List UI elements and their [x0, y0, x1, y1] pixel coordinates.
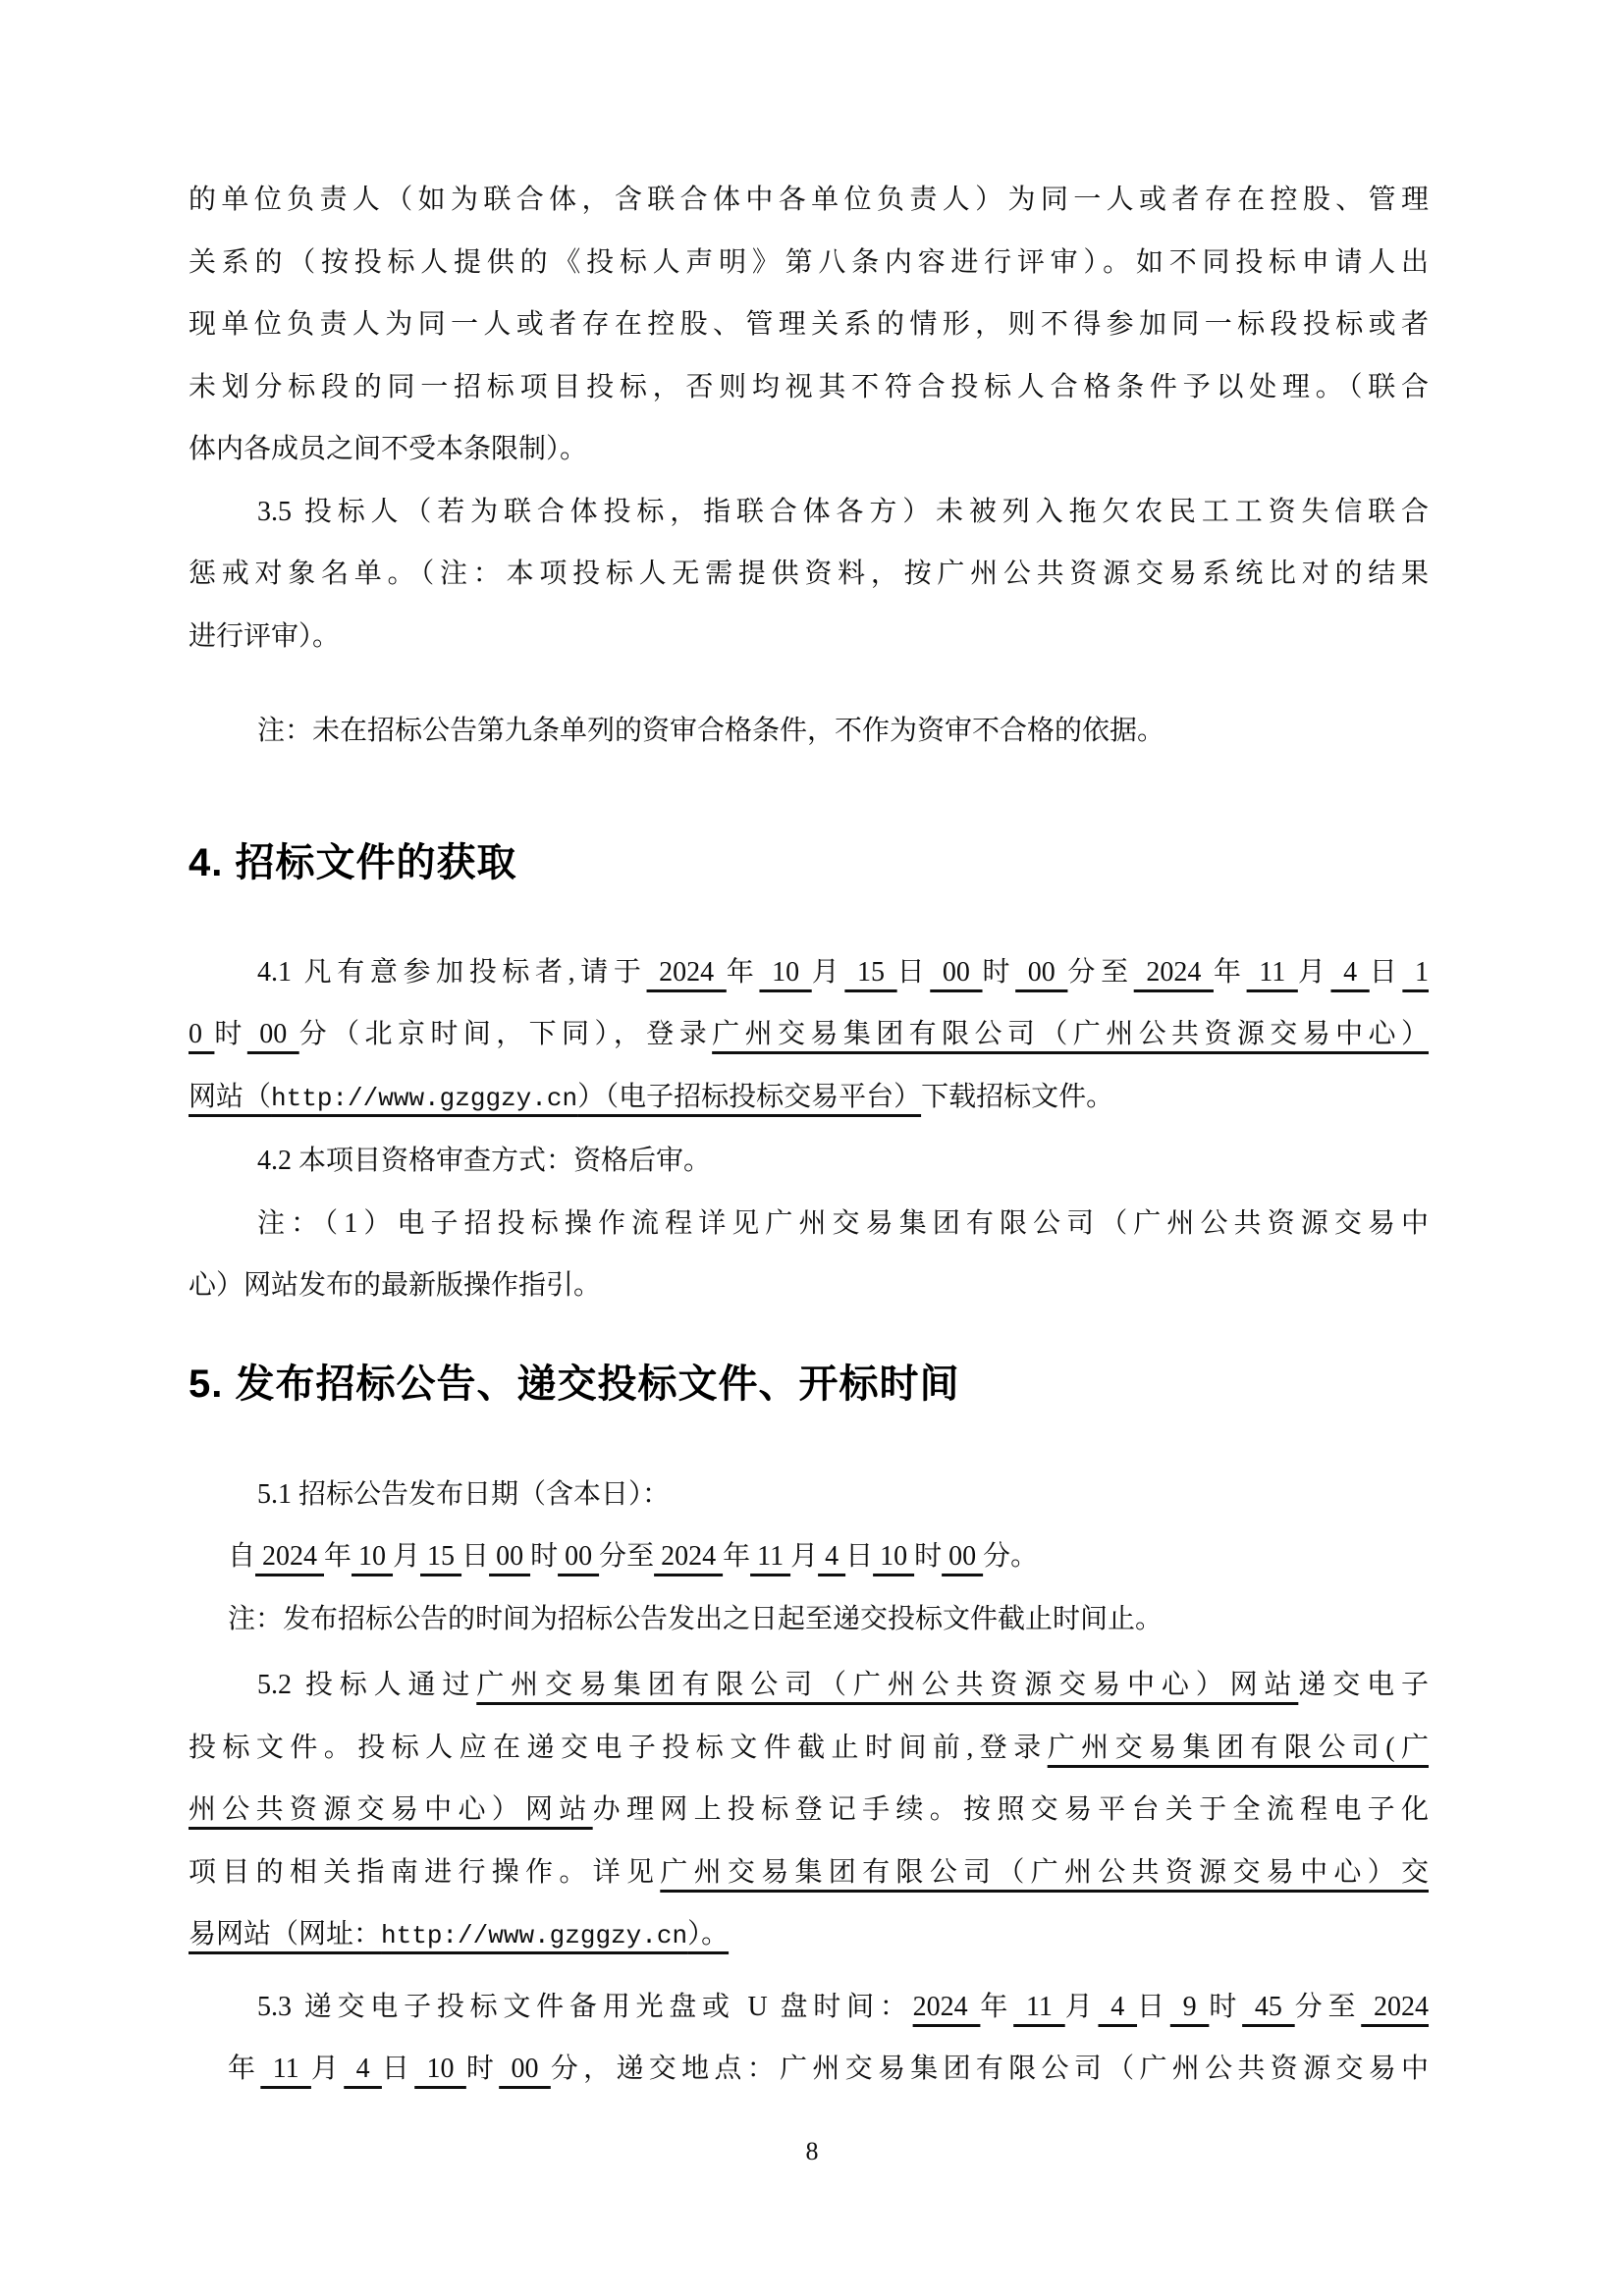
- text-run: 分至: [599, 1541, 654, 1572]
- text-line: 注：发布招标公告的时间为招标公告发出之日起至递交投标文件截止时间止。: [189, 1588, 1429, 1651]
- underlined-text-run: 10: [873, 1541, 914, 1572]
- text-run: 年: [980, 1992, 1013, 2022]
- paragraph-5-3: 5.3 递交电子投标文件备用光盘或 U 盘时间：2024 年 11 月 4 日 …: [189, 1976, 1429, 2101]
- underlined-text-run: 2024: [1361, 1992, 1429, 2022]
- underlined-text-run: 11: [260, 2054, 311, 2084]
- text-line: 自 2024 年 10 月 15 日 00 时 00 分至 2024 年 11 …: [189, 1525, 1429, 1588]
- paragraph-3-5: 3.5 投标人（若为联合体投标，指联合体各方）未被列入拖欠农民工工资失信联合 惩…: [189, 481, 1429, 668]
- text-line: 惩戒对象名单。（注：本项投标人无需提供资料，按广州公共资源交易系统比对的结果: [189, 543, 1429, 606]
- text-run: 时: [1209, 1992, 1242, 2022]
- text-run: 日: [1137, 1992, 1170, 2022]
- underlined-text-run: 15: [844, 957, 896, 988]
- underlined-text-run: 00: [1015, 957, 1067, 988]
- text-run: 未划分标段的同一招标项目投标，否则均视其不符合投标人合格条件予以处理。（联合: [189, 372, 1429, 402]
- underlined-text-run: 4: [1098, 1992, 1137, 2022]
- document-page: { "doc": { "p1": { "lines": [ { "runs": …: [0, 0, 1624, 2296]
- underlined-text-run: http://www.gzggzy.cn: [271, 1084, 577, 1113]
- underlined-text-run: 10: [759, 957, 811, 988]
- text-run: 4.2 本项目资格审查方式：资格后审。: [257, 1146, 711, 1176]
- text-run: 月: [393, 1541, 420, 1572]
- text-line: 4.2 本项目资格审查方式：资格后审。: [189, 1130, 1429, 1193]
- text-run: 月: [812, 957, 845, 988]
- text-run: 注：（1）电子招投标操作流程详见广州交易集团有限公司（广州公共资源交易中: [257, 1208, 1429, 1239]
- document-content: 的单位负责人（如为联合体，含联合体中各单位负责人）为同一人或者存在控股、管理 关…: [189, 169, 1429, 2101]
- underlined-text-run: 4: [1330, 957, 1369, 988]
- text-line: 网站（http://www.gzggzy.cn）（电子招标投标交易平台）下载招标…: [189, 1066, 1429, 1131]
- text-run: 分（北京时间，下同），登录: [299, 1019, 712, 1049]
- underlined-text-run: 15: [420, 1541, 461, 1572]
- text-line: 5.2 投标人通过广州交易集团有限公司（广州公共资源交易中心）网站递交电子: [189, 1654, 1429, 1717]
- text-run: 办理网上投标登记手续。按照交易平台关于全流程电子化: [593, 1794, 1429, 1825]
- text-run: 年: [324, 1541, 352, 1572]
- text-run: 月: [1298, 957, 1331, 988]
- text-line: 注：未在招标公告第九条单列的资审合格条件，不作为资审不合格的依据。: [189, 700, 1429, 763]
- text-line: 进行评审）。: [189, 606, 1429, 668]
- text-line: 现单位负责人为同一人或者存在控股、管理关系的情形，则不得参加同一标段投标或者: [189, 294, 1429, 356]
- text-line: 的单位负责人（如为联合体，含联合体中各单位负责人）为同一人或者存在控股、管理: [189, 169, 1429, 232]
- page-number: 8: [0, 2132, 1624, 2171]
- text-run: 分。: [983, 1541, 1038, 1572]
- underlined-text-run: 广州交易集团有限公司（广州公共资源交易中心）交: [660, 1857, 1429, 1888]
- underlined-text-run: 广州交易集团有限公司（广州公共资源交易中心）网站: [476, 1670, 1298, 1700]
- text-run: 日: [897, 957, 931, 988]
- text-run: 现单位负责人为同一人或者存在控股、管理关系的情形，则不得参加同一标段投标或者: [189, 309, 1429, 340]
- text-line: 项目的相关指南进行操作。详见广州交易集团有限公司（广州公共资源交易中心）交: [189, 1842, 1429, 1904]
- underlined-text-run: 4: [818, 1541, 845, 1572]
- underlined-text-run: 4: [344, 2054, 382, 2084]
- text-run: 月: [790, 1541, 818, 1572]
- text-run: 年: [228, 2054, 260, 2084]
- underlined-text-run: 10: [414, 2054, 466, 2084]
- text-run: 年: [1214, 957, 1247, 988]
- text-run: 自: [228, 1541, 255, 1572]
- section-4-heading: 4. 招标文件的获取: [189, 835, 1429, 890]
- text-run: 心）网站发布的最新版操作指引。: [189, 1270, 601, 1301]
- underlined-text-run: 2024: [1134, 957, 1214, 988]
- paragraph-4-1: 4.1 凡有意参加投标者,请于 2024 年 10 月 15 日 00 时 00…: [189, 941, 1429, 1131]
- underlined-text-run: ）。: [687, 1919, 729, 1949]
- text-run: 日: [382, 2054, 414, 2084]
- underlined-text-run: 11: [750, 1541, 790, 1572]
- underlined-text-run: 2024: [255, 1541, 324, 1572]
- text-run: 5.1 招标公告发布日期（含本日）：: [257, 1479, 670, 1510]
- text-run: 分至: [1295, 1992, 1362, 2022]
- text-line: 5.1 招标公告发布日期（含本日）：: [189, 1464, 1429, 1526]
- underlined-text-run: ）（电子招标投标交易平台）: [577, 1082, 921, 1112]
- text-line: 注：（1）电子招投标操作流程详见广州交易集团有限公司（广州公共资源交易中: [189, 1193, 1429, 1255]
- text-run: 投标文件。投标人应在递交电子投标文件截止时间前,登录: [189, 1733, 1048, 1763]
- text-line: 4.1 凡有意参加投标者,请于 2024 年 10 月 15 日 00 时 00…: [189, 941, 1429, 1004]
- underlined-text-run: 00: [247, 1019, 299, 1049]
- text-line: 心）网站发布的最新版操作指引。: [189, 1255, 1429, 1317]
- text-run: 进行评审）。: [189, 621, 340, 652]
- underlined-text-run: 1: [1402, 957, 1429, 988]
- underlined-text-run: 2024: [647, 957, 727, 988]
- paragraph-5-2: 5.2 投标人通过广州交易集团有限公司（广州公共资源交易中心）网站递交电子 投标…: [189, 1654, 1429, 1968]
- underlined-text-run: 网站（: [189, 1082, 271, 1112]
- paragraph-5-1: 5.1 招标公告发布日期（含本日）： 自 2024 年 10 月 15 日 00…: [189, 1464, 1429, 1651]
- text-run: 日: [461, 1541, 489, 1572]
- text-run: 递交电子: [1298, 1670, 1429, 1700]
- paragraph-4-2: 4.2 本项目资格审查方式：资格后审。: [189, 1130, 1429, 1193]
- underlined-text-run: 2024: [913, 1992, 981, 2022]
- text-run: 关系的（按投标人提供的《投标人声明》第八条内容进行评审）。如不同投标申请人出: [189, 247, 1429, 278]
- text-line: 年 11 月 4 日 10 时 00 分，递交地点：广州交易集团有限公司（广州公…: [189, 2038, 1429, 2101]
- underlined-text-run: 00: [930, 957, 982, 988]
- section-5-heading: 5. 发布招标公告、递交投标文件、开标时间: [189, 1357, 1429, 1412]
- underlined-text-run: http://www.gzggzy.cn: [381, 1921, 687, 1950]
- text-line: 易网站（网址：http://www.gzggzy.cn）。: [189, 1903, 1429, 1968]
- text-run: 年: [727, 957, 760, 988]
- text-run: 时: [466, 2054, 499, 2084]
- note-qualification-review: 注：未在招标公告第九条单列的资审合格条件，不作为资审不合格的依据。: [189, 700, 1429, 763]
- underlined-text-run: 00: [942, 1541, 983, 1572]
- text-run: 月: [1065, 1992, 1099, 2022]
- text-run: 分至: [1067, 957, 1133, 988]
- text-run: 项目的相关指南进行操作。详见: [189, 1857, 660, 1888]
- text-line: 0 时 00 分（北京时间，下同），登录广州交易集团有限公司（广州公共资源交易中…: [189, 1003, 1429, 1066]
- text-run: 日: [845, 1541, 873, 1572]
- text-run: 5.3 递交电子投标文件备用光盘或 U 盘时间：: [257, 1992, 913, 2022]
- underlined-text-run: 10: [352, 1541, 393, 1572]
- text-run: 时: [530, 1541, 558, 1572]
- text-run: 日: [1370, 957, 1403, 988]
- underlined-text-run: 00: [489, 1541, 530, 1572]
- text-run: 4.1 凡有意参加投标者,请于: [257, 957, 647, 988]
- text-line: 投标文件。投标人应在递交电子投标文件截止时间前,登录广州交易集团有限公司(广: [189, 1717, 1429, 1780]
- text-run: 注：未在招标公告第九条单列的资审合格条件，不作为资审不合格的依据。: [257, 716, 1164, 746]
- note-e-bidding-guide: 注：（1）电子招投标操作流程详见广州交易集团有限公司（广州公共资源交易中 心）网…: [189, 1193, 1429, 1317]
- text-run: 5.2 投标人通过: [257, 1670, 476, 1700]
- text-line: 体内各成员之间不受本条限制）。: [189, 418, 1429, 481]
- text-run: 时: [914, 1541, 942, 1572]
- underlined-text-run: 00: [499, 2054, 551, 2084]
- text-line: 关系的（按投标人提供的《投标人声明》第八条内容进行评审）。如不同投标申请人出: [189, 232, 1429, 294]
- paragraph-continuation: 的单位负责人（如为联合体，含联合体中各单位负责人）为同一人或者存在控股、管理 关…: [189, 169, 1429, 481]
- underlined-text-run: 广州交易集团有限公司(广: [1048, 1733, 1429, 1763]
- text-line: 5.3 递交电子投标文件备用光盘或 U 盘时间：2024 年 11 月 4 日 …: [189, 1976, 1429, 2039]
- text-run: 惩戒对象名单。（注：本项投标人无需提供资料，按广州公共资源交易系统比对的结果: [189, 559, 1429, 589]
- text-run: 月: [311, 2054, 344, 2084]
- text-run: 体内各成员之间不受本条限制）。: [189, 434, 587, 464]
- underlined-text-run: 11: [1013, 1992, 1065, 2022]
- text-line: 3.5 投标人（若为联合体投标，指联合体各方）未被列入拖欠农民工工资失信联合: [189, 481, 1429, 544]
- text-line: 州公共资源交易中心）网站办理网上投标登记手续。按照交易平台关于全流程电子化: [189, 1779, 1429, 1842]
- underlined-text-run: 0: [189, 1019, 214, 1049]
- text-run: 时: [214, 1019, 246, 1049]
- underlined-text-run: 00: [558, 1541, 599, 1572]
- text-run: 的单位负责人（如为联合体，含联合体中各单位负责人）为同一人或者存在控股、管理: [189, 185, 1429, 215]
- text-line: 未划分标段的同一招标项目投标，否则均视其不符合投标人合格条件予以处理。（联合: [189, 356, 1429, 419]
- underlined-text-run: 11: [1247, 957, 1298, 988]
- underlined-text-run: 广州交易集团有限公司（广州公共资源交易中心）: [712, 1019, 1429, 1049]
- text-run: 分，递交地点：广州交易集团有限公司（广州公共资源交易中: [551, 2054, 1429, 2084]
- underlined-text-run: 州公共资源交易中心）网站: [189, 1794, 593, 1825]
- text-run: 年: [723, 1541, 750, 1572]
- text-run: 注：发布招标公告的时间为招标公告发出之日起至递交投标文件截止时间止。: [228, 1604, 1163, 1634]
- underlined-text-run: 2024: [654, 1541, 723, 1572]
- text-run: 时: [983, 957, 1016, 988]
- text-run: 下载招标文件。: [921, 1082, 1113, 1112]
- underlined-text-run: 9: [1170, 1992, 1210, 2022]
- text-run: 3.5 投标人（若为联合体投标，指联合体各方）未被列入拖欠农民工工资失信联合: [257, 497, 1429, 527]
- underlined-text-run: 45: [1242, 1992, 1295, 2022]
- underlined-text-run: 易网站（网址：: [189, 1919, 381, 1949]
